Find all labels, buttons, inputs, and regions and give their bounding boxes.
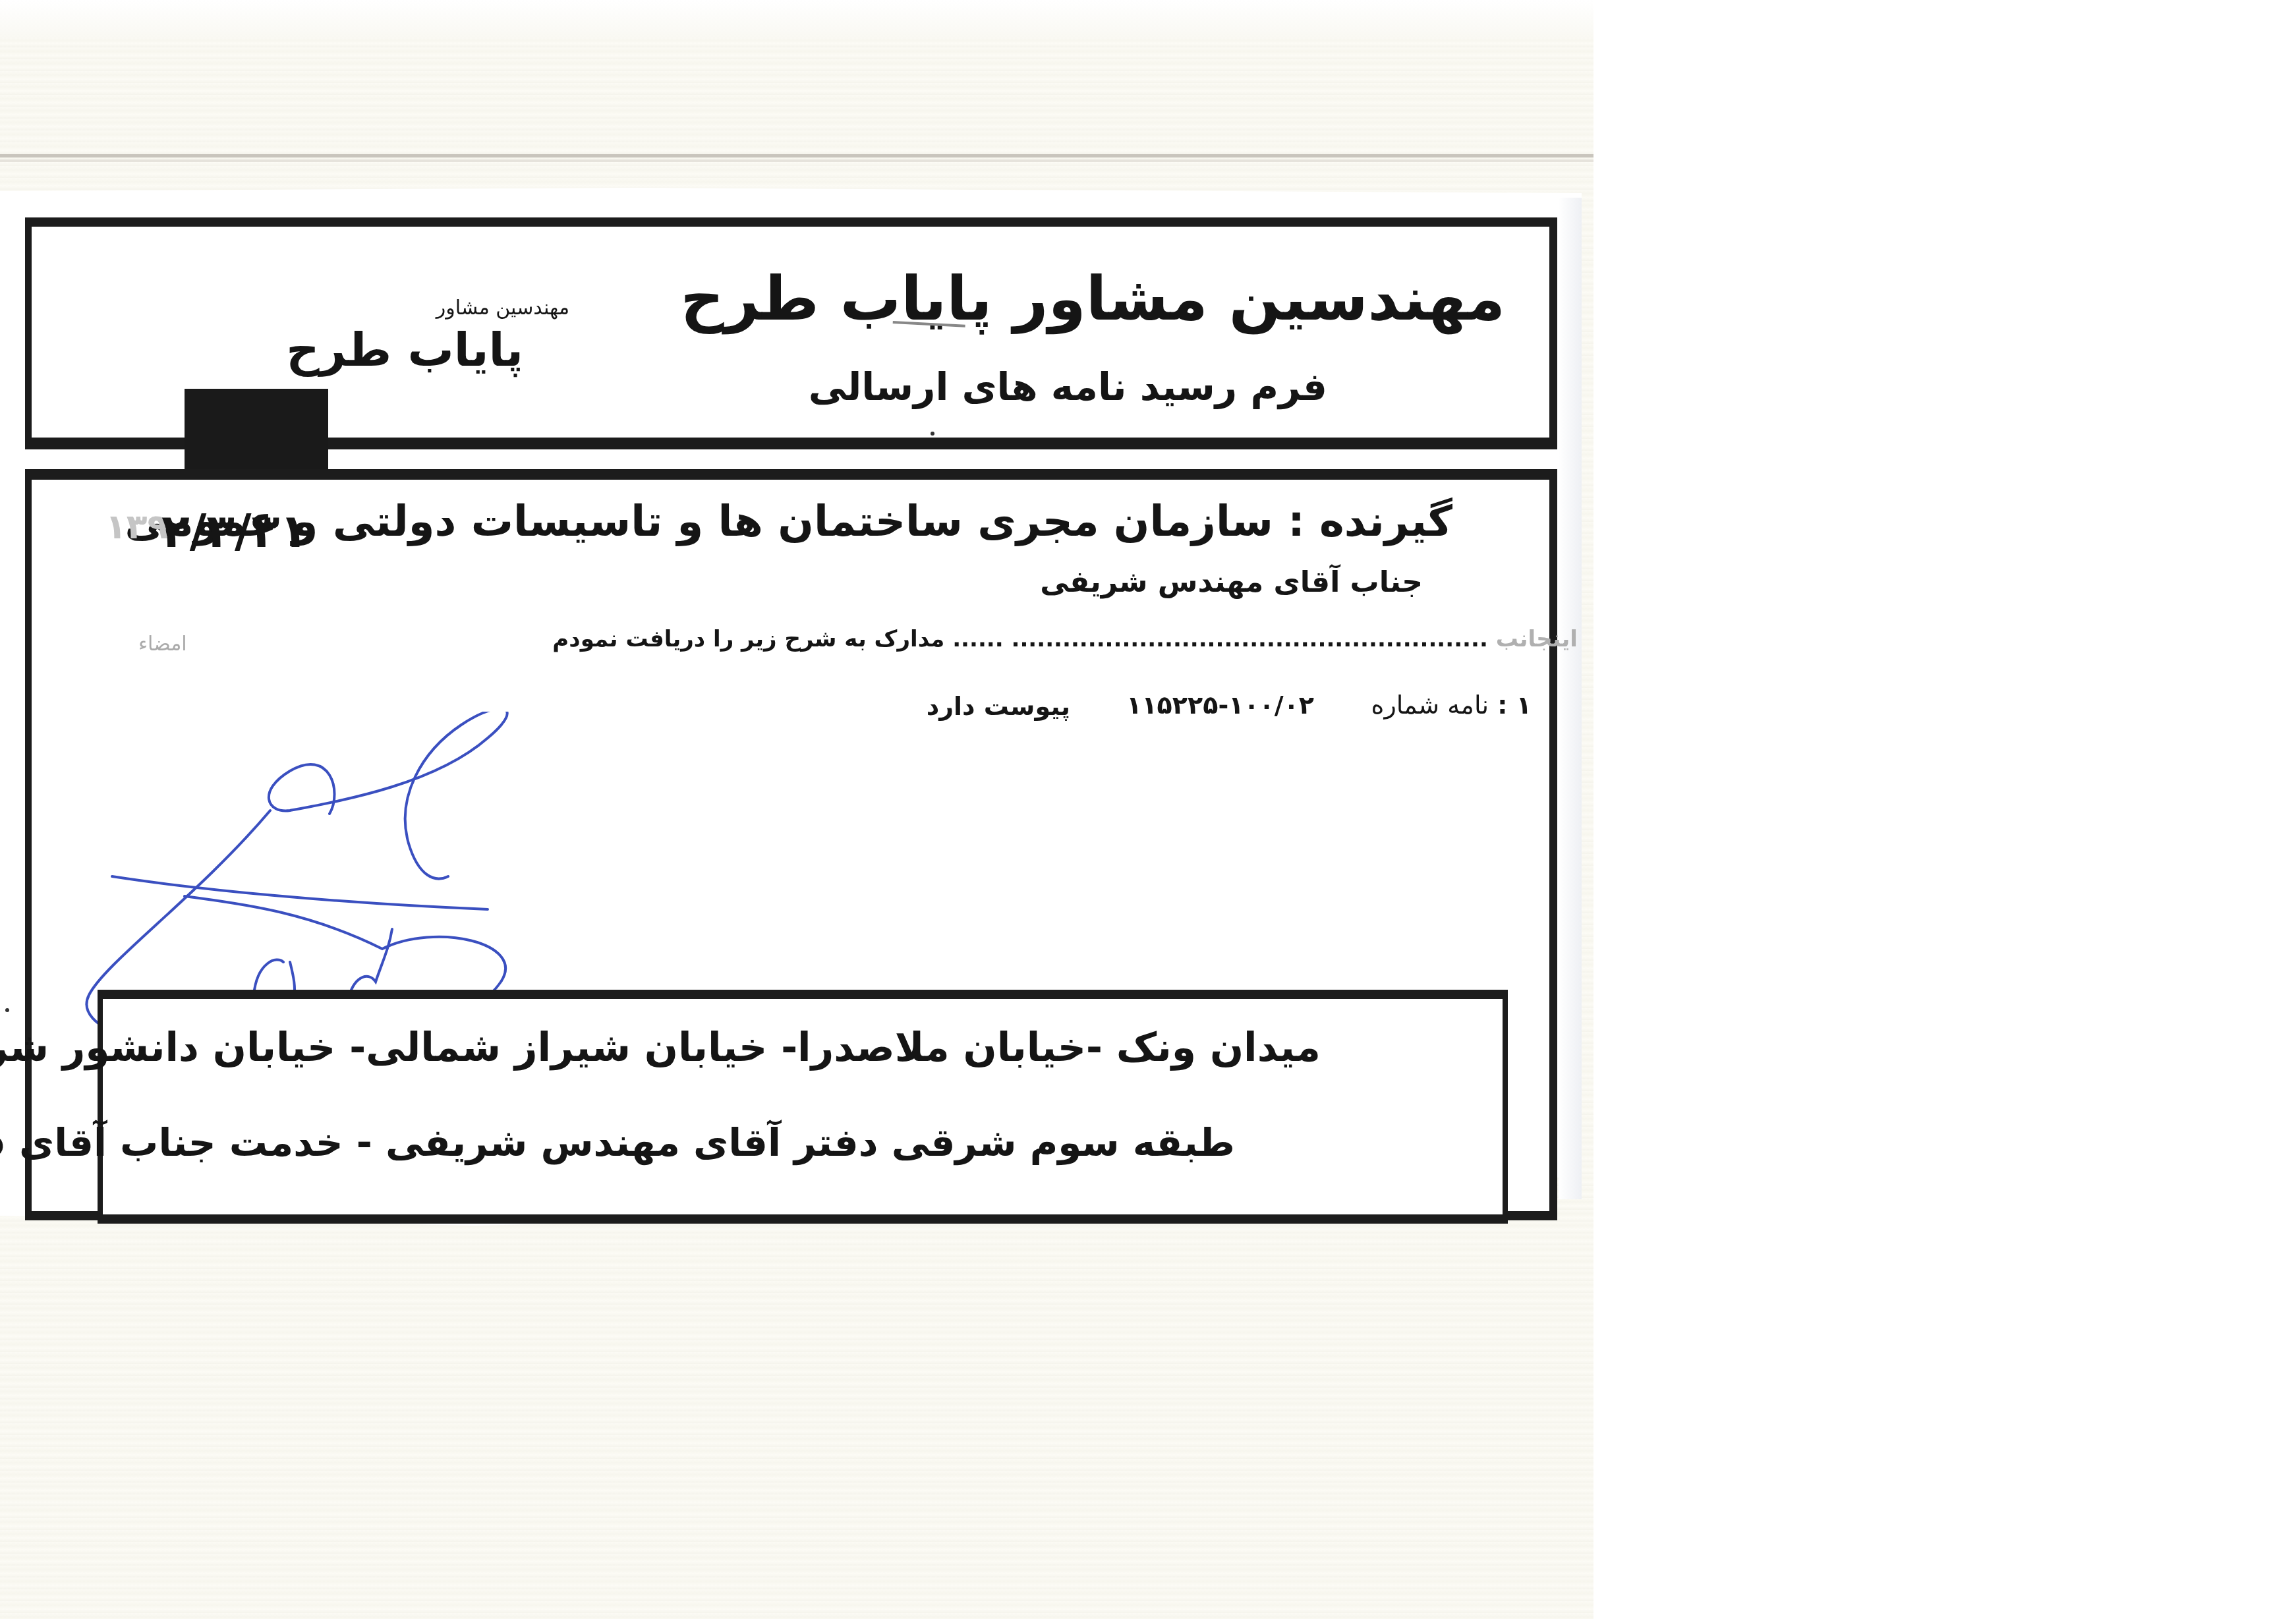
received-statement: اینجانب ................................… [552,626,1578,652]
scan-speck [5,1008,9,1012]
form-title: فرم رسید نامه های ارسالی [809,364,1327,409]
scanner-background-fade [0,0,1593,40]
paper-edge-shadow [1559,198,1582,1199]
address-line-2: طبقه سوم شرقی دفتر آقای مهندس شریفی - خد… [0,1120,1235,1165]
scanner-edge-line-light [0,159,1593,162]
scan-speck [931,432,934,436]
logo-big-text: پایاب طرح [286,323,523,377]
logo-small-text: مهندسین مشاور [436,297,569,320]
received-suffix: ...... مدارک به شرح زیر را دریافت نمودم [552,626,1003,652]
faded-signature-label: امضاء [138,633,187,656]
letter-index: ۱ [1516,691,1532,720]
company-title: مهندسین مشاور پایاب طرح [681,264,1505,334]
scanner-edge-line [0,154,1593,157]
attachment-status: پیوست دارد [927,692,1070,721]
date-faded-prefix: ۱۳۹ [105,507,168,547]
letter-number: ۱۰۰/۰۲-۱۱۵۲۲۵ [1126,691,1314,720]
received-dots: ........................................… [1012,626,1488,652]
letter-row: ۱ : نامه شماره ۱۰۰/۰۲-۱۱۵۲۲۵ [1126,691,1532,720]
address-line-1: میدان ونک -خیابان ملاصدرا- خیابان شیراز … [0,1025,1321,1071]
attention-line: جناب آقای مهندس شریفی [1040,565,1423,599]
recipient: گیرنده : سازمان مجری ساختمان ها و تاسیسا… [125,497,1452,546]
received-prefix: اینجانب [1496,626,1578,652]
date: ۲/۳/۳۱ [161,504,308,558]
letter-label: نامه شماره [1371,691,1489,720]
